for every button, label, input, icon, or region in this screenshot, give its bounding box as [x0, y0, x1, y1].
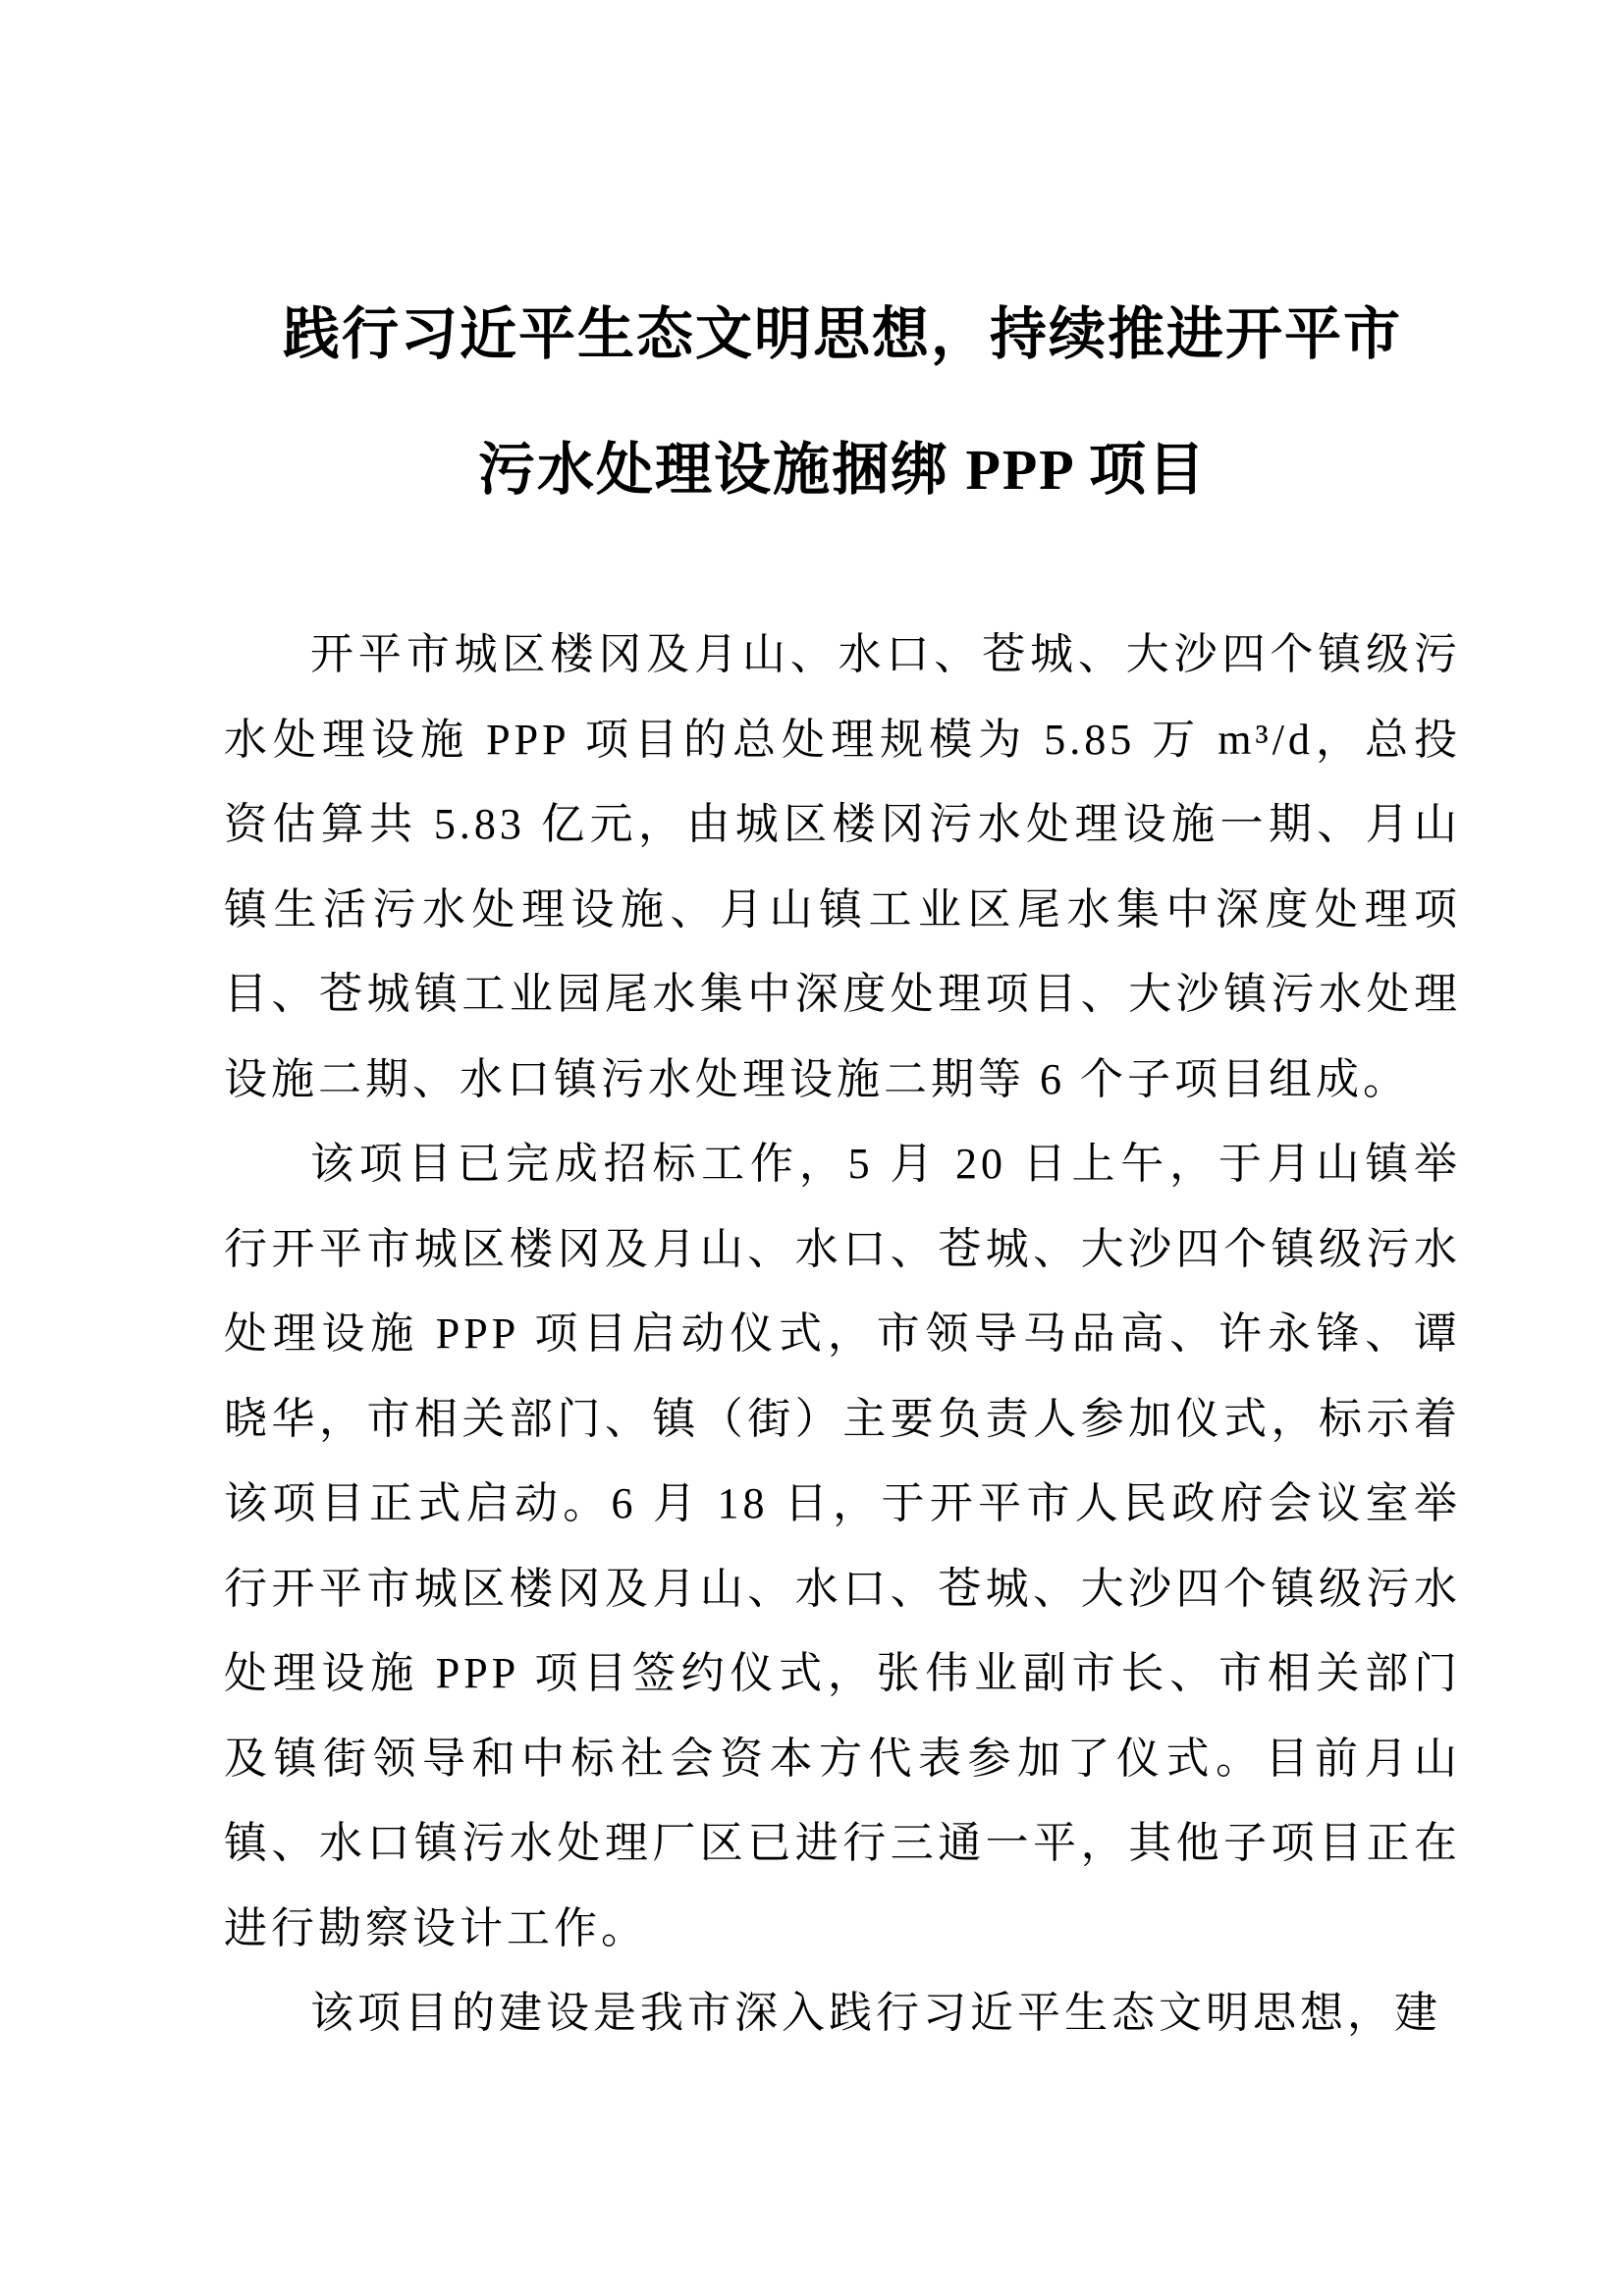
document-title: 践行习近平生态文明思想，持续推进开平市 污水处理设施捆绑 PPP 项目	[224, 267, 1461, 538]
document-title-line-2: 污水处理设施捆绑 PPP 项目	[224, 402, 1461, 538]
document-page: 践行习近平生态文明思想，持续推进开平市 污水处理设施捆绑 PPP 项目 开平市城…	[0, 0, 1624, 2296]
document-title-line-1: 践行习近平生态文明思想，持续推进开平市	[224, 267, 1461, 402]
paragraph-project-significance: 该项目的建设是我市深入践行习近平生态文明思想，建	[224, 1971, 1461, 2056]
paragraph-project-progress: 该项目已完成招标工作，5 月 20 日上午，于月山镇举行开平市城区楼冈及月山、水…	[224, 1122, 1461, 1971]
document-body: 开平市城区楼冈及月山、水口、苍城、大沙四个镇级污水处理设施 PPP 项目的总处理…	[224, 613, 1461, 2056]
paragraph-project-overview: 开平市城区楼冈及月山、水口、苍城、大沙四个镇级污水处理设施 PPP 项目的总处理…	[224, 613, 1461, 1122]
document-content: 践行习近平生态文明思想，持续推进开平市 污水处理设施捆绑 PPP 项目 开平市城…	[224, 267, 1461, 2056]
